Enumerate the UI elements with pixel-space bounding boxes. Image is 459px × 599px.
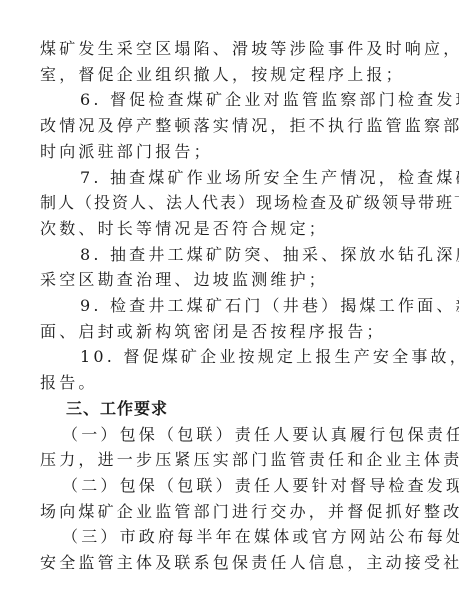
paragraph-requirement-1: （一）包保（包联）责任人要认真履行包保责任，层层传导 压力，进一步压紧压实部门监… <box>40 422 420 473</box>
text-line: （三）市政府每半年在媒体或官方网站公布每处煤矿的日常 <box>40 524 420 550</box>
text-line: 场向煤矿企业监管部门进行交办，并督促抓好整改落实。 <box>40 499 420 525</box>
text-line: 时向派驻部门报告； <box>40 139 420 165</box>
text-line: （一）包保（包联）责任人要认真履行包保责任，层层传导 <box>40 422 420 448</box>
paragraph-item-6: 6. 督促检查煤矿企业对监管监察部门检查发现问题隐患整 改情况及停产整顿落实情况… <box>40 87 420 164</box>
text-line: （二）包保（包联）责任人要针对督导检查发现的问题，现 <box>40 473 420 499</box>
text-line: 压力，进一步压紧压实部门监管责任和企业主体责任。 <box>40 447 420 473</box>
document-page: 煤矿发生采空区塌陷、滑坡等涉险事件及时响应，立即到矿调度 室，督促企业组织撤人，… <box>40 36 420 576</box>
text-line: 6. 督促检查煤矿企业对监管监察部门检查发现问题隐患整 <box>40 87 420 113</box>
text-line: 9. 检查井工煤矿石门（井巷）揭煤工作面、新开采掘工作 <box>40 293 420 319</box>
paragraph-item-10: 10. 督促煤矿企业按规定上报生产安全事故，并向派驻部门 报告。 <box>40 344 420 395</box>
text-line: 10. 督促煤矿企业按规定上报生产安全事故，并向派驻部门 <box>40 344 420 370</box>
text-line: 室，督促企业组织撤人，按规定程序上报； <box>40 62 420 88</box>
text-line: 8. 抽查井工煤矿防突、抽采、探放水钻孔深度，露天煤矿 <box>40 242 420 268</box>
text-line: 面、启封或新构筑密闭是否按程序报告； <box>40 319 420 345</box>
section-heading-text: 三、工作要求 <box>40 396 420 422</box>
paragraph-requirement-3: （三）市政府每半年在媒体或官方网站公布每处煤矿的日常 安全监管主体及联系包保责任… <box>40 524 420 575</box>
section-heading: 三、工作要求 <box>40 396 420 422</box>
paragraph-item-5-continued: 煤矿发生采空区塌陷、滑坡等涉险事件及时响应，立即到矿调度 室，督促企业组织撤人，… <box>40 36 420 87</box>
text-line: 7. 抽查煤矿作业场所安全生产情况，检查煤矿企业实际控 <box>40 165 420 191</box>
paragraph-item-7: 7. 抽查煤矿作业场所安全生产情况，检查煤矿企业实际控 制人（投资人、法人代表）… <box>40 165 420 242</box>
text-line: 采空区勘查治理、边坡监测维护； <box>40 267 420 293</box>
text-line: 安全监管主体及联系包保责任人信息，主动接受社会监督。 <box>40 550 420 576</box>
text-line: 制人（投资人、法人代表）现场检查及矿级领导带班下井（下坑） <box>40 190 420 216</box>
paragraph-requirement-2: （二）包保（包联）责任人要针对督导检查发现的问题，现 场向煤矿企业监管部门进行交… <box>40 473 420 524</box>
paragraph-item-9: 9. 检查井工煤矿石门（井巷）揭煤工作面、新开采掘工作 面、启封或新构筑密闭是否… <box>40 293 420 344</box>
text-line: 报告。 <box>40 370 420 396</box>
paragraph-item-8: 8. 抽查井工煤矿防突、抽采、探放水钻孔深度，露天煤矿 采空区勘查治理、边坡监测… <box>40 242 420 293</box>
text-line: 煤矿发生采空区塌陷、滑坡等涉险事件及时响应，立即到矿调度 <box>40 36 420 62</box>
text-line: 改情况及停产整顿落实情况，拒不执行监管监察部门指令的，及 <box>40 113 420 139</box>
text-line: 次数、时长等情况是否符合规定； <box>40 216 420 242</box>
